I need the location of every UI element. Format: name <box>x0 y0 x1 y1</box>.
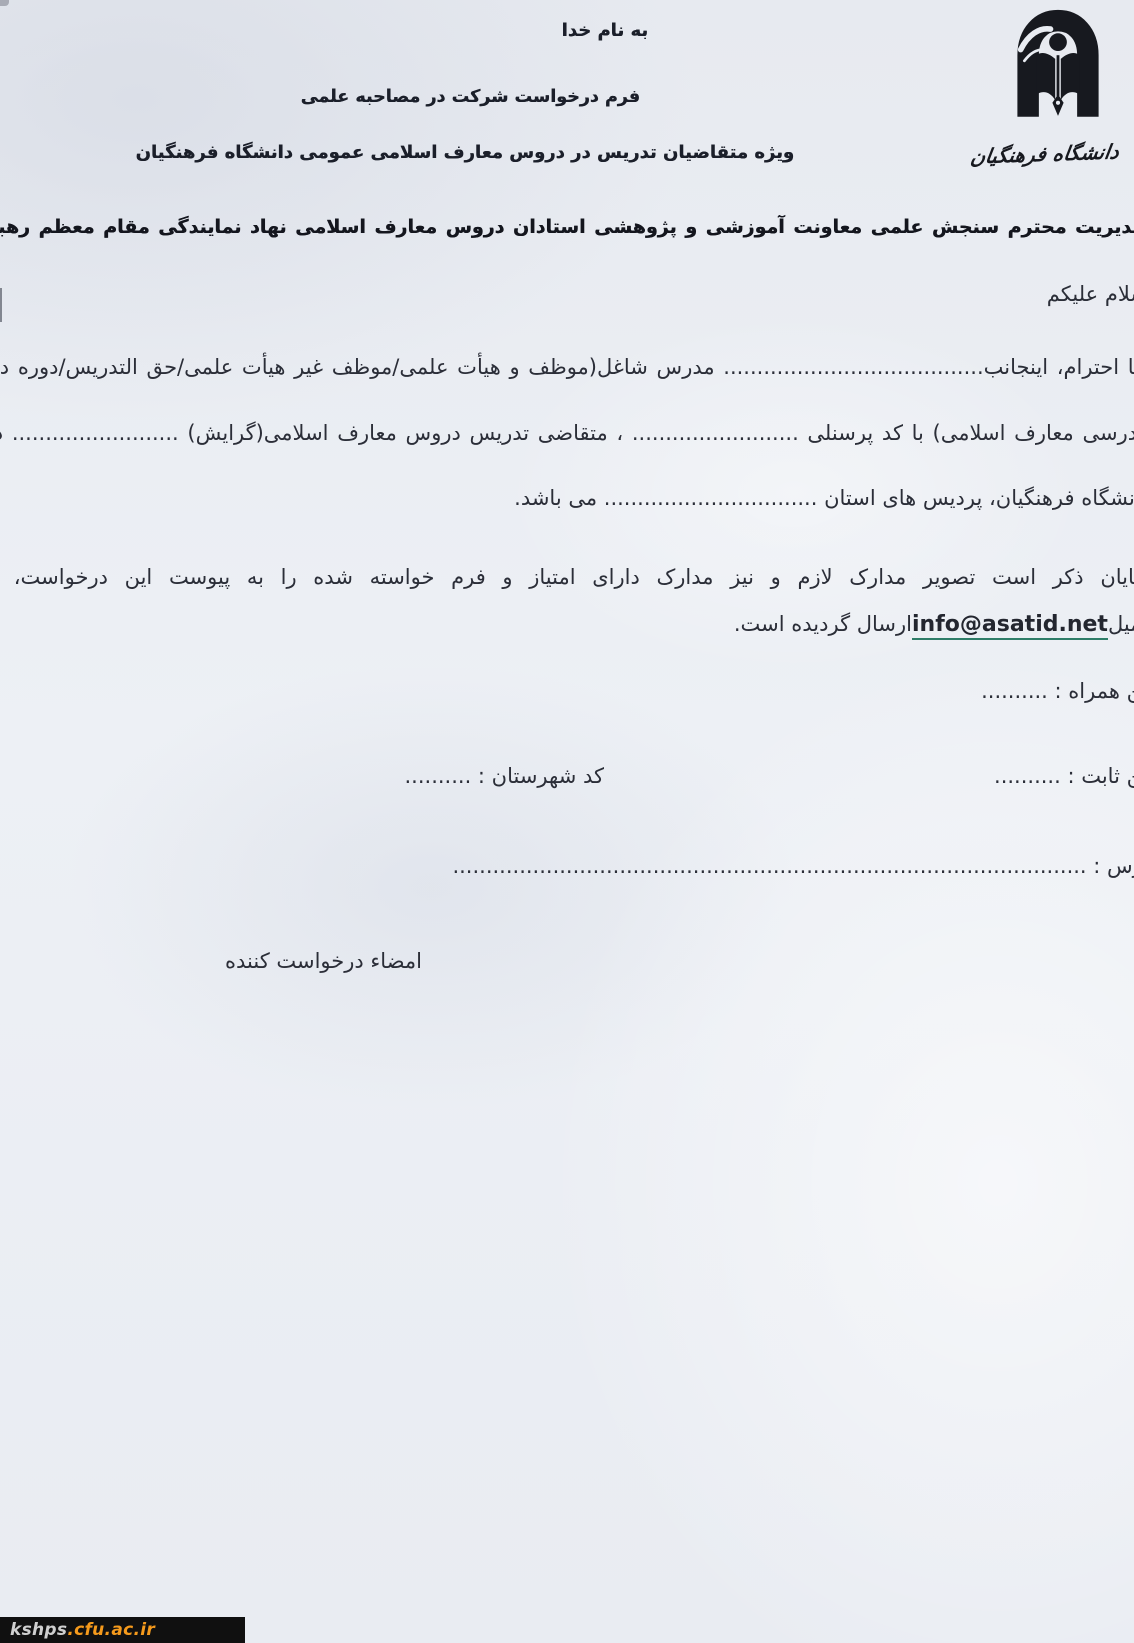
scan-edge-mark <box>0 288 2 322</box>
scan-edge-speck <box>0 0 9 6</box>
logo-wordmark: دانشگاه فرهنگیان <box>968 139 1120 168</box>
address-field: آدرس : .................................… <box>452 852 1134 880</box>
email-address: info@asatid.net <box>912 612 1108 640</box>
site-watermark: kshps.cfu.ac.ir <box>0 1617 245 1643</box>
salutation-text: سلام علیکم <box>1047 280 1134 308</box>
university-logo: دانشگاه فرهنگیان <box>1002 4 1114 140</box>
mobile-phone-field: تلفن همراه : .......... <box>981 677 1134 705</box>
form-subtitle: ویژه متقاضیان تدریس در دروس معارف اسلامی… <box>135 141 794 165</box>
logo-emblem <box>1002 4 1114 140</box>
signature-label: امضاء درخواست کننده <box>225 947 422 975</box>
addressee-line: مدیریت محترم سنجش علمی معاونت آموزشی و پ… <box>0 215 1134 241</box>
watermark-site-suffix: .cfu.ac.ir <box>67 1620 155 1640</box>
landline-phone-field: تلفن ثابت : .......... <box>994 762 1134 790</box>
bismillah-text: به نام خدا <box>562 19 648 43</box>
email-line: ایمیلinfo@asatid.netارسال گردیده است. <box>734 610 1134 640</box>
body-line-3: دانشگاه فرهنگیان، پردیس های استان ......… <box>514 484 1134 512</box>
form-title: فرم درخواست شرکت در مصاحبه علمی <box>301 86 640 110</box>
attachment-note-line: شایان ذکر است تصویر مدارک لازم و نیز مدا… <box>0 563 1134 591</box>
body-line-2: مدرسی معارف اسلامی) با کد پرسنلی .......… <box>0 419 1134 447</box>
body-line-1: با احترام، اینجانب......................… <box>0 353 1134 381</box>
email-suffix: ارسال گردیده است. <box>734 612 912 636</box>
email-prefix: ایمیل <box>1108 612 1134 636</box>
watermark-site-prefix: kshps <box>10 1620 67 1640</box>
scanned-form-page: دانشگاه فرهنگیان به نام خدا فرم درخواست … <box>0 0 1134 1643</box>
city-code-field: کد شهرستان : .......... <box>405 762 605 790</box>
